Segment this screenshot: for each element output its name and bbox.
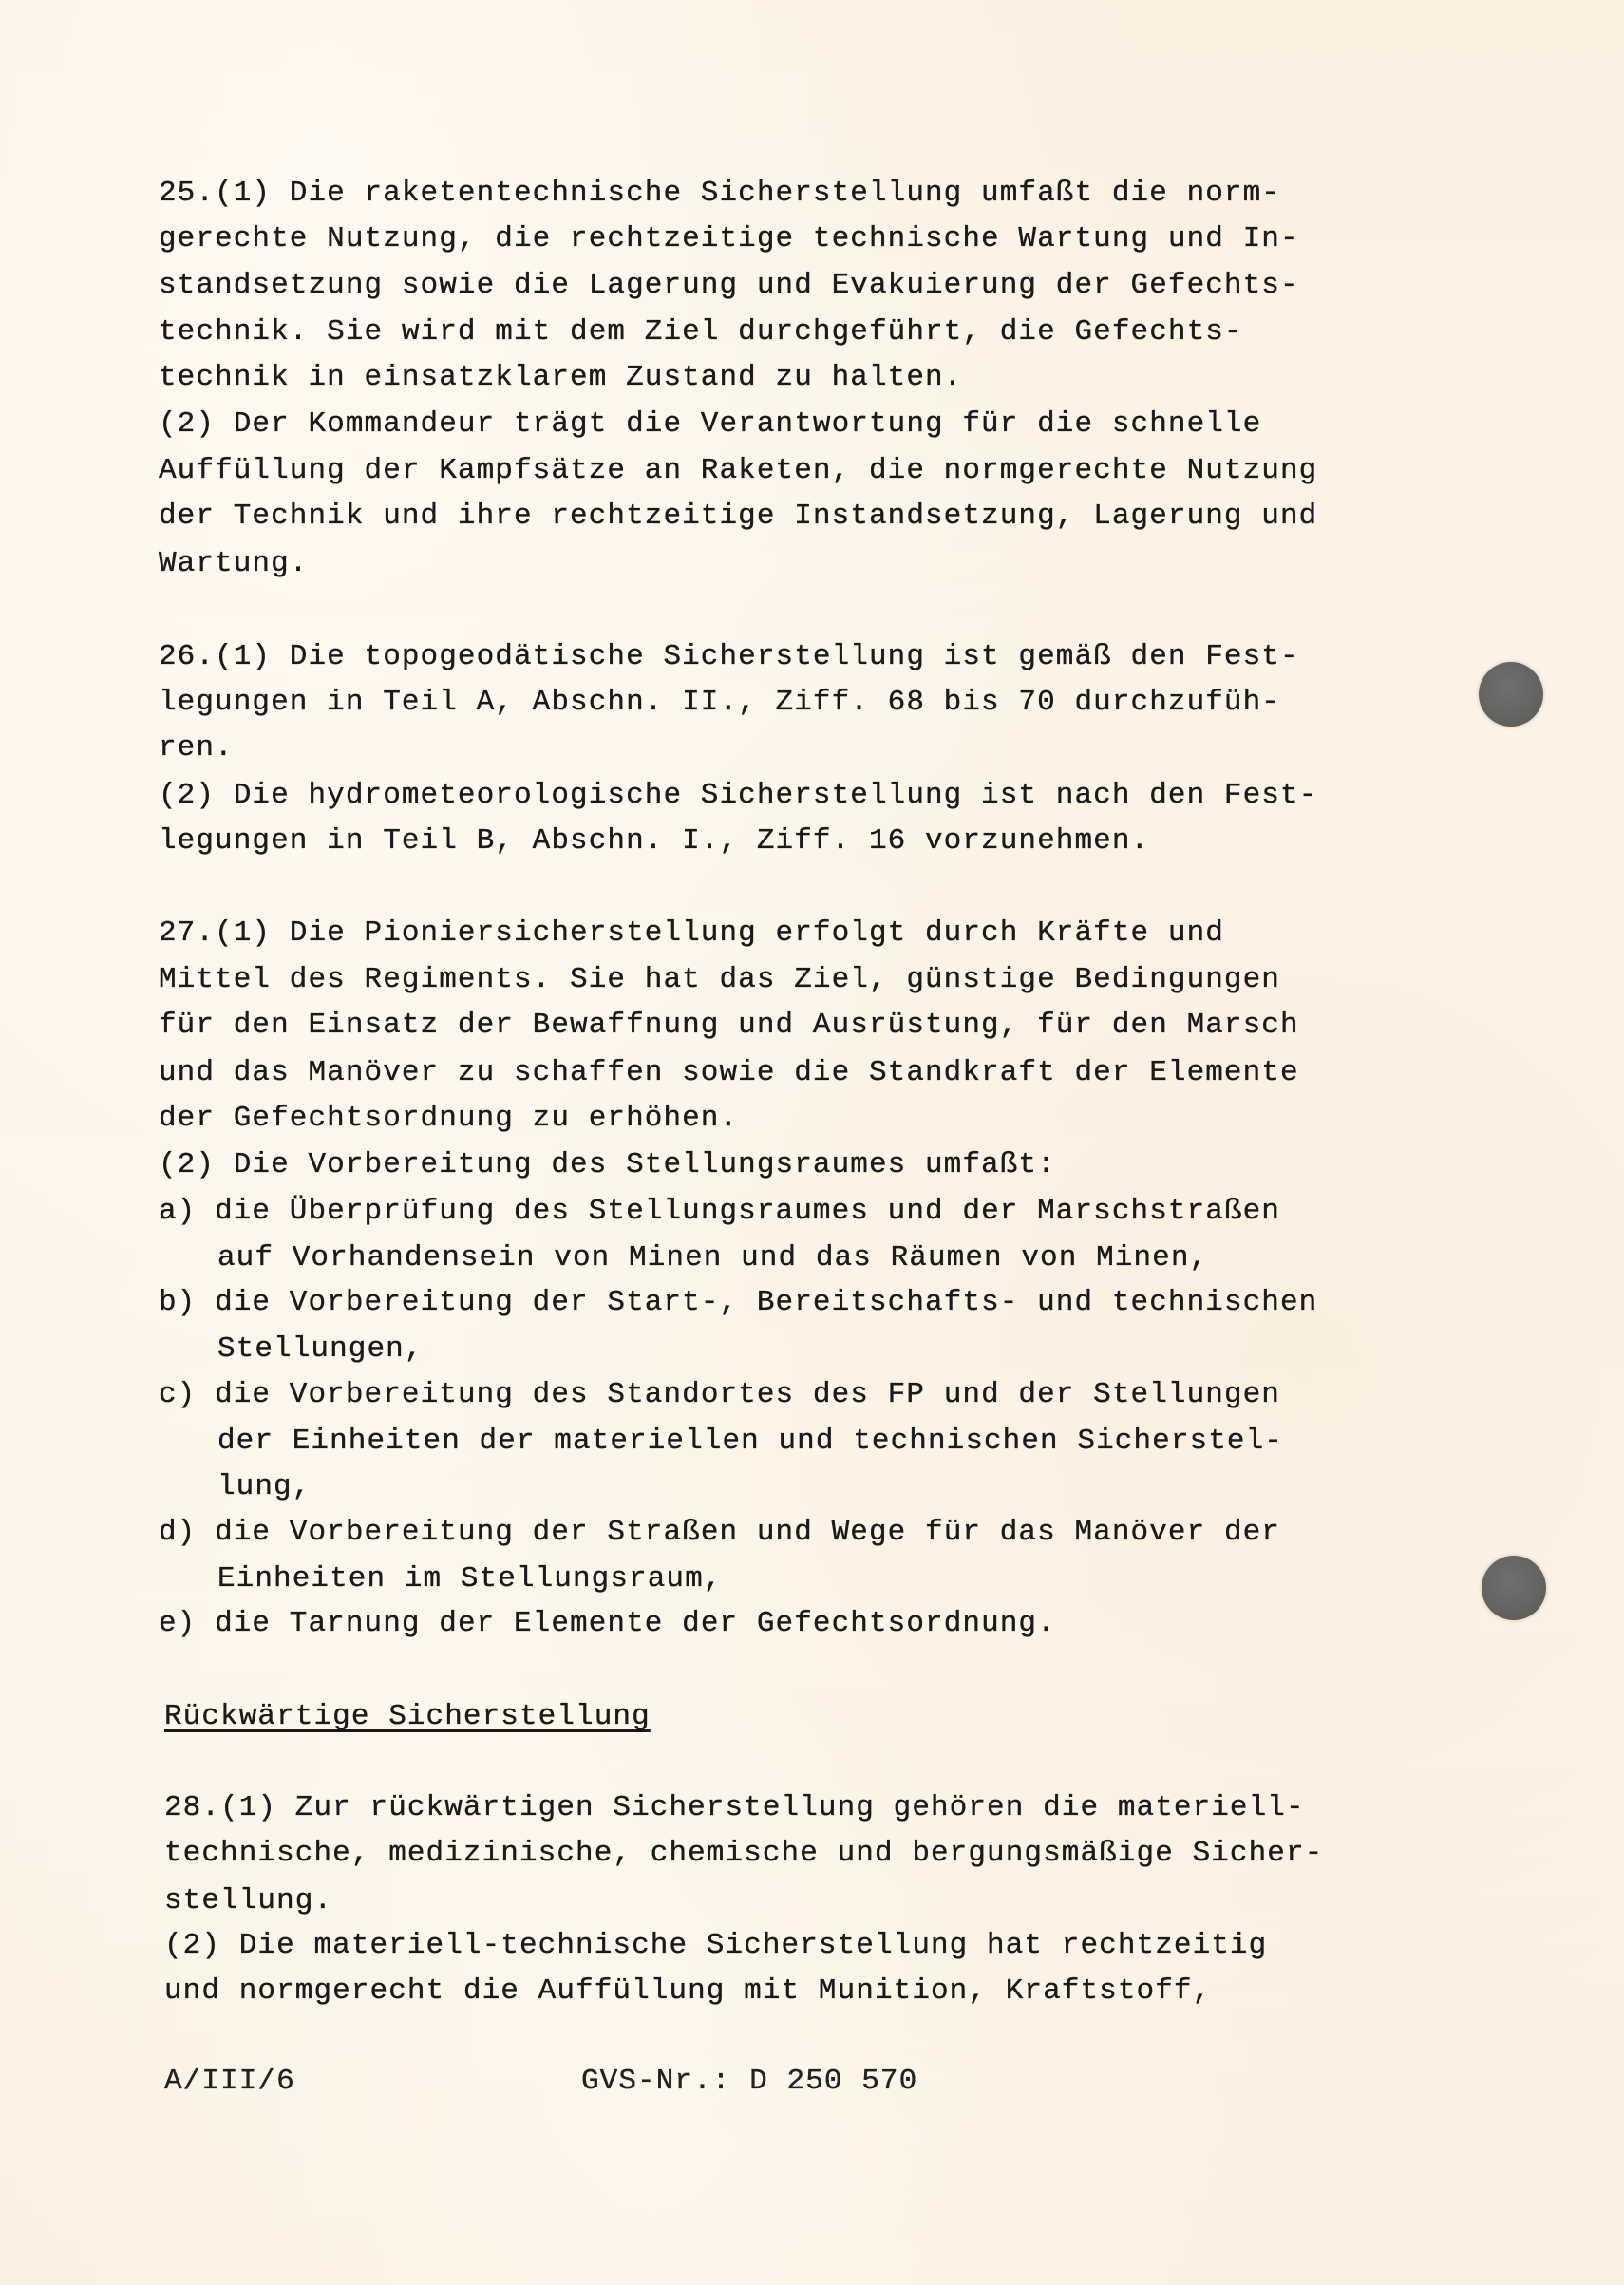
para-26-2-line-2: legungen in Teil B, Abschn. I., Ziff. 16… xyxy=(159,822,1149,860)
list-item-d-line-1: die Vorbereitung der Straßen und Wege fü… xyxy=(215,1516,1280,1549)
para-25-line-5: technik in einsatzklarem Zustand zu halt… xyxy=(159,359,962,397)
list-item-c: c) die Vorbereitung des Standortes des F… xyxy=(159,1376,1280,1414)
list-item-a: a) die Überprüfung des Stellungsraumes u… xyxy=(159,1193,1280,1231)
para-28-line-2: technische, medizinische, chemische und … xyxy=(164,1835,1323,1873)
document-page: 25.(1) Die raketentechnische Sicherstell… xyxy=(0,0,1624,2285)
para-27-line-3: für den Einsatz der Bewaffnung und Ausrü… xyxy=(159,1007,1299,1045)
para-25-line-2: gerechte Nutzung, die rechtzeitige techn… xyxy=(159,220,1299,258)
footer-page-ref: A/III/6 xyxy=(164,2063,295,2101)
list-item-b-line-1: die Vorbereitung der Start-, Bereitschaf… xyxy=(215,1286,1317,1319)
list-item-c-line-2: der Einheiten der materiellen und techni… xyxy=(217,1423,1283,1461)
para-26-line-1: 26.(1) Die topogeodätische Sicherstellun… xyxy=(159,638,1299,676)
para-28-line-1: 28.(1) Zur rückwärtigen Sicherstellung g… xyxy=(164,1789,1305,1827)
list-item-d-line-2: Einheiten im Stellungsraum, xyxy=(217,1560,722,1598)
list-marker-d: d) xyxy=(159,1516,196,1549)
list-item-b-line-2: Stellungen, xyxy=(217,1331,424,1369)
list-item-e: e) die Tarnung der Elemente der Gefechts… xyxy=(159,1605,1056,1643)
list-item-e-line-1: die Tarnung der Elemente der Gefechtsord… xyxy=(215,1607,1056,1640)
punch-hole-bottom xyxy=(1482,1556,1546,1620)
para-28-2-line-2: und normgerecht die Auffüllung mit Munit… xyxy=(164,1973,1211,2011)
para-26-line-2: legungen in Teil A, Abschn. II., Ziff. 6… xyxy=(159,684,1280,722)
list-marker-a: a) xyxy=(159,1195,196,1228)
para-27-line-1: 27.(1) Die Pioniersicherstellung erfolgt… xyxy=(159,915,1224,953)
para-25-2-line-3: der Technik und ihre rechtzeitige Instan… xyxy=(159,498,1317,536)
list-item-c-line-1: die Vorbereitung des Standortes des FP u… xyxy=(215,1378,1280,1411)
para-25-2-line-4: Wartung. xyxy=(159,545,308,583)
list-item-c-line-3: lung, xyxy=(217,1468,311,1506)
para-27-2-intro: (2) Die Vorbereitung des Stellungsraumes… xyxy=(159,1146,1056,1184)
para-25-line-3: standsetzung sowie die Lagerung und Evak… xyxy=(159,267,1299,305)
para-27-line-4: und das Manöver zu schaffen sowie die St… xyxy=(159,1054,1299,1092)
para-26-line-3: ren. xyxy=(159,729,234,767)
list-marker-b: b) xyxy=(159,1286,196,1319)
punch-hole-top xyxy=(1479,662,1543,727)
list-item-b: b) die Vorbereitung der Start-, Bereitsc… xyxy=(159,1284,1317,1322)
footer-gvs-number: GVS-Nr.: D 250 570 xyxy=(581,2063,917,2101)
list-marker-e: e) xyxy=(159,1607,196,1640)
section-heading: Rückwärtige Sicherstellung xyxy=(164,1698,651,1736)
para-25-line-1: 25.(1) Die raketentechnische Sicherstell… xyxy=(159,175,1280,213)
para-25-2-line-2: Auffüllung der Kampfsätze an Raketen, di… xyxy=(159,452,1317,490)
para-27-line-5: der Gefechtsordnung zu erhöhen. xyxy=(159,1100,738,1138)
para-28-line-3: stellung. xyxy=(164,1882,332,1920)
list-item-a-line-1: die Überprüfung des Stellungsraumes und … xyxy=(215,1195,1280,1228)
list-marker-c: c) xyxy=(159,1378,196,1411)
para-28-2-line-1: (2) Die materiell-technische Sicherstell… xyxy=(164,1927,1267,1965)
para-25-line-4: technik. Sie wird mit dem Ziel durchgefü… xyxy=(159,313,1243,351)
para-27-line-2: Mittel des Regiments. Sie hat das Ziel, … xyxy=(159,961,1280,999)
para-26-2-line-1: (2) Die hydrometeorologische Sicherstell… xyxy=(159,777,1317,815)
para-25-2-line-1: (2) Der Kommandeur trägt die Verantwortu… xyxy=(159,406,1261,444)
list-item-d: d) die Vorbereitung der Straßen und Wege… xyxy=(159,1514,1280,1552)
list-item-a-line-2: auf Vorhandensein von Minen und das Räum… xyxy=(217,1239,1208,1277)
